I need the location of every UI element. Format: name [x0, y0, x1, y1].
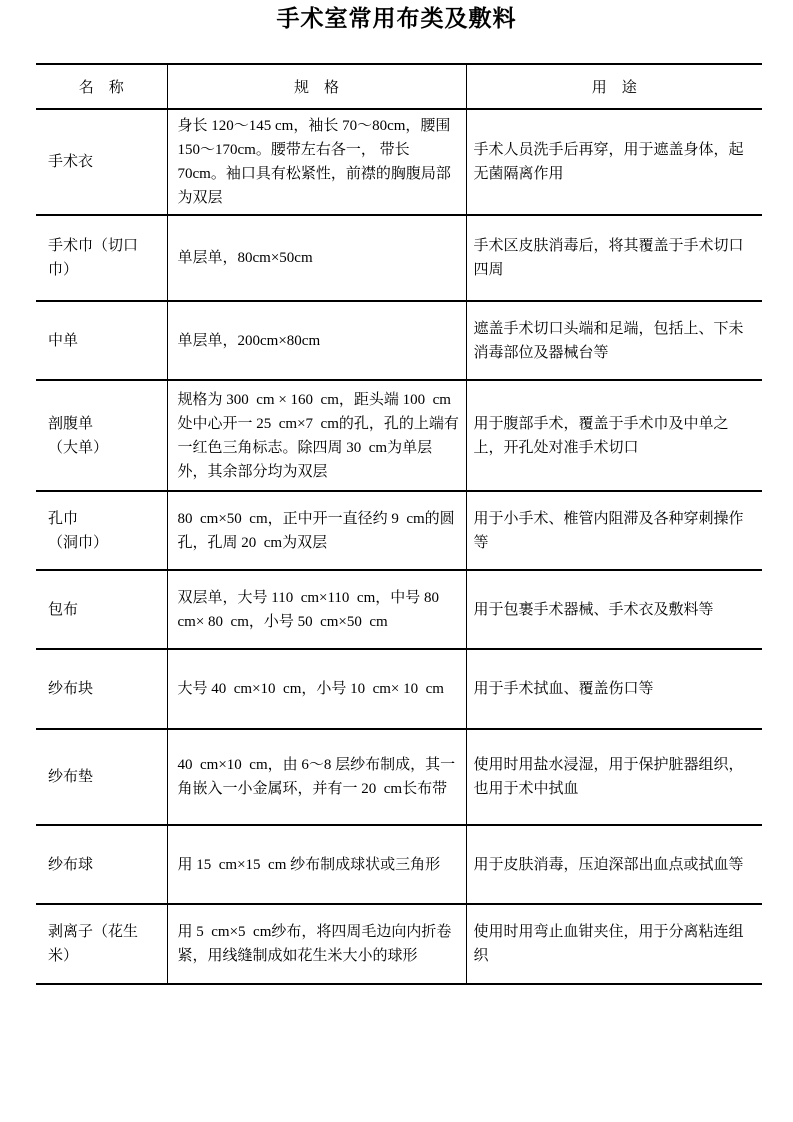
item-spec-cell: 用 5 cm×5 cm纱布，将四周毛边向内折卷紧，用线缝制成如花生米大小的球形 — [167, 904, 466, 984]
item-use-cell: 使用时用盐水浸湿，用于保护脏器组织，也用于术中拭血 — [466, 729, 762, 825]
item-name-cell: 中单 — [36, 301, 167, 380]
column-header-name: 名 称 — [36, 64, 167, 109]
item-spec-cell: 40 cm×10 cm，由 6～8 层纱布制成，其一角嵌入一小金属环，并有一 2… — [167, 729, 466, 825]
item-name-cell: 包布 — [36, 570, 167, 649]
item-name-cell: 剖腹单 （大单） — [36, 380, 167, 491]
item-spec-cell: 规格为 300 cm × 160 cm，距头端 100 cm处中心开一 25 c… — [167, 380, 466, 491]
table-row: 纱布块 大号 40 cm×10 cm，小号 10 cm× 10 cm 用于手术拭… — [36, 649, 762, 729]
table-row: 手术巾（切口巾） 单层单，80cm×50cm 手术区皮肤消毒后，将其覆盖于手术切… — [36, 215, 762, 301]
table-row: 孔巾 （洞巾） 80 cm×50 cm，正中开一直径约 9 cm的圆孔，孔周 2… — [36, 491, 762, 570]
table-header: 名 称 规 格 用 途 — [36, 64, 762, 109]
item-use-cell: 用于皮肤消毒，压迫深部出血点或拭血等 — [466, 825, 762, 904]
table-row: 包布 双层单，大号 110 cm×110 cm，中号 80 cm× 80 cm，… — [36, 570, 762, 649]
item-use-cell: 用于小手术、椎管内阻滞及各种穿刺操作等 — [466, 491, 762, 570]
item-use-cell: 手术人员洗手后再穿，用于遮盖身体，起无菌隔离作用 — [466, 109, 762, 215]
table-row: 纱布球 用 15 cm×15 cm 纱布制成球状或三角形 用于皮肤消毒，压迫深部… — [36, 825, 762, 904]
item-use-cell: 用于包裹手术器械、手术衣及敷料等 — [466, 570, 762, 649]
page-title: 手术室常用布类及敷料 — [0, 0, 793, 33]
item-spec-cell: 80 cm×50 cm，正中开一直径约 9 cm的圆孔，孔周 20 cm为双层 — [167, 491, 466, 570]
item-spec-cell: 双层单，大号 110 cm×110 cm，中号 80 cm× 80 cm，小号 … — [167, 570, 466, 649]
item-use-cell: 手术区皮肤消毒后，将其覆盖于手术切口四周 — [466, 215, 762, 301]
item-spec-cell: 用 15 cm×15 cm 纱布制成球状或三角形 — [167, 825, 466, 904]
item-name-cell: 剥离子（花生米） — [36, 904, 167, 984]
item-name-cell: 纱布块 — [36, 649, 167, 729]
item-use-cell: 用于手术拭血、覆盖伤口等 — [466, 649, 762, 729]
item-use-cell: 用于腹部手术，覆盖于手术巾及中单之上，开孔处对准手术切口 — [466, 380, 762, 491]
table-row: 纱布垫 40 cm×10 cm，由 6～8 层纱布制成，其一角嵌入一小金属环，并… — [36, 729, 762, 825]
table-body: 手术衣 身长 120～145 cm，袖长 70～80cm，腰围 150～170c… — [36, 109, 762, 984]
item-spec-cell: 单层单，200cm×80cm — [167, 301, 466, 380]
supplies-table: 名 称 规 格 用 途 手术衣 身长 120～145 cm，袖长 70～80cm… — [36, 63, 762, 985]
table-row: 中单 单层单，200cm×80cm 遮盖手术切口头端和足端，包括上、下未消毒部位… — [36, 301, 762, 380]
item-name-cell: 手术衣 — [36, 109, 167, 215]
item-use-cell: 使用时用弯止血钳夹住，用于分离粘连组织 — [466, 904, 762, 984]
item-spec-cell: 大号 40 cm×10 cm，小号 10 cm× 10 cm — [167, 649, 466, 729]
header-row: 名 称 规 格 用 途 — [36, 64, 762, 109]
item-use-cell: 遮盖手术切口头端和足端，包括上、下未消毒部位及器械台等 — [466, 301, 762, 380]
item-name-cell: 纱布垫 — [36, 729, 167, 825]
table-row: 剥离子（花生米） 用 5 cm×5 cm纱布，将四周毛边向内折卷紧，用线缝制成如… — [36, 904, 762, 984]
item-spec-cell: 身长 120～145 cm，袖长 70～80cm，腰围 150～170cm。腰带… — [167, 109, 466, 215]
column-header-spec: 规 格 — [167, 64, 466, 109]
column-header-use: 用 途 — [466, 64, 762, 109]
item-name-cell: 纱布球 — [36, 825, 167, 904]
table-row: 剖腹单 （大单） 规格为 300 cm × 160 cm，距头端 100 cm处… — [36, 380, 762, 491]
item-name-cell: 孔巾 （洞巾） — [36, 491, 167, 570]
table-row: 手术衣 身长 120～145 cm，袖长 70～80cm，腰围 150～170c… — [36, 109, 762, 215]
item-spec-cell: 单层单，80cm×50cm — [167, 215, 466, 301]
item-name-cell: 手术巾（切口巾） — [36, 215, 167, 301]
